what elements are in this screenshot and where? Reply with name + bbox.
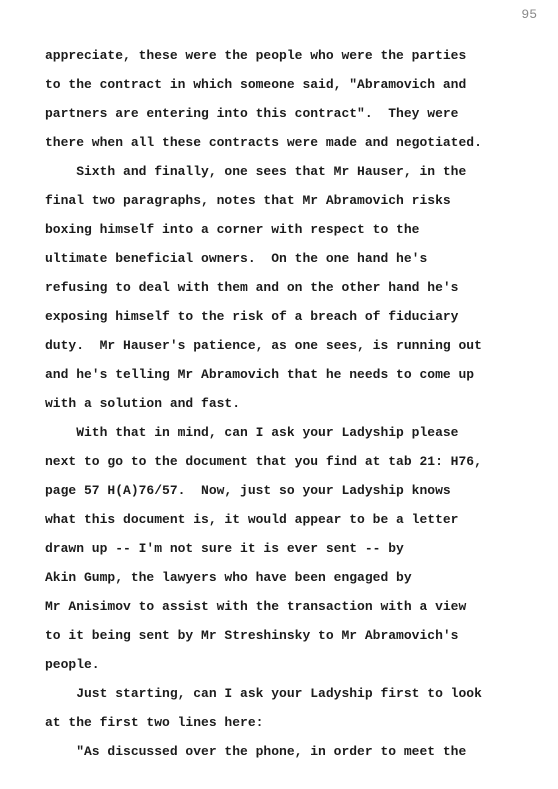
transcript-line: boxing himself into a corner with respec…: [45, 215, 538, 244]
transcript-line: to it being sent by Mr Streshinsky to Mr…: [45, 621, 538, 650]
transcript-line: Akin Gump, the lawyers who have been eng…: [45, 563, 538, 592]
transcript-line: appreciate, these were the people who we…: [45, 41, 538, 70]
transcript-line: With that in mind, can I ask your Ladysh…: [45, 418, 538, 447]
transcript-line: "As discussed over the phone, in order t…: [45, 737, 538, 766]
transcript-line: partners are entering into this contract…: [45, 99, 538, 128]
transcript-line: next to go to the document that you find…: [45, 447, 538, 476]
transcript-line: Mr Anisimov to assist with the transacti…: [45, 592, 538, 621]
transcript-line: with a solution and fast.: [45, 389, 538, 418]
transcript-line: people.: [45, 650, 538, 679]
transcript-line: Just starting, can I ask your Ladyship f…: [45, 679, 538, 708]
transcript-line: to the contract in which someone said, "…: [45, 70, 538, 99]
transcript-line: duty. Mr Hauser's patience, as one sees,…: [45, 331, 538, 360]
transcript-line: at the first two lines here:: [45, 708, 538, 737]
document-page: 95 appreciate, these were the people who…: [0, 0, 558, 789]
transcript-text: appreciate, these were the people who we…: [45, 41, 538, 766]
transcript-line: refusing to deal with them and on the ot…: [45, 273, 538, 302]
transcript-line: final two paragraphs, notes that Mr Abra…: [45, 186, 538, 215]
transcript-line: what this document is, it would appear t…: [45, 505, 538, 534]
transcript-line: drawn up -- I'm not sure it is ever sent…: [45, 534, 538, 563]
transcript-line: ultimate beneficial owners. On the one h…: [45, 244, 538, 273]
transcript-line: there when all these contracts were made…: [45, 128, 538, 157]
page-number: 95: [521, 7, 537, 22]
transcript-line: exposing himself to the risk of a breach…: [45, 302, 538, 331]
transcript-line: page 57 H(A)76/57. Now, just so your Lad…: [45, 476, 538, 505]
transcript-line: Sixth and finally, one sees that Mr Haus…: [45, 157, 538, 186]
transcript-line: and he's telling Mr Abramovich that he n…: [45, 360, 538, 389]
